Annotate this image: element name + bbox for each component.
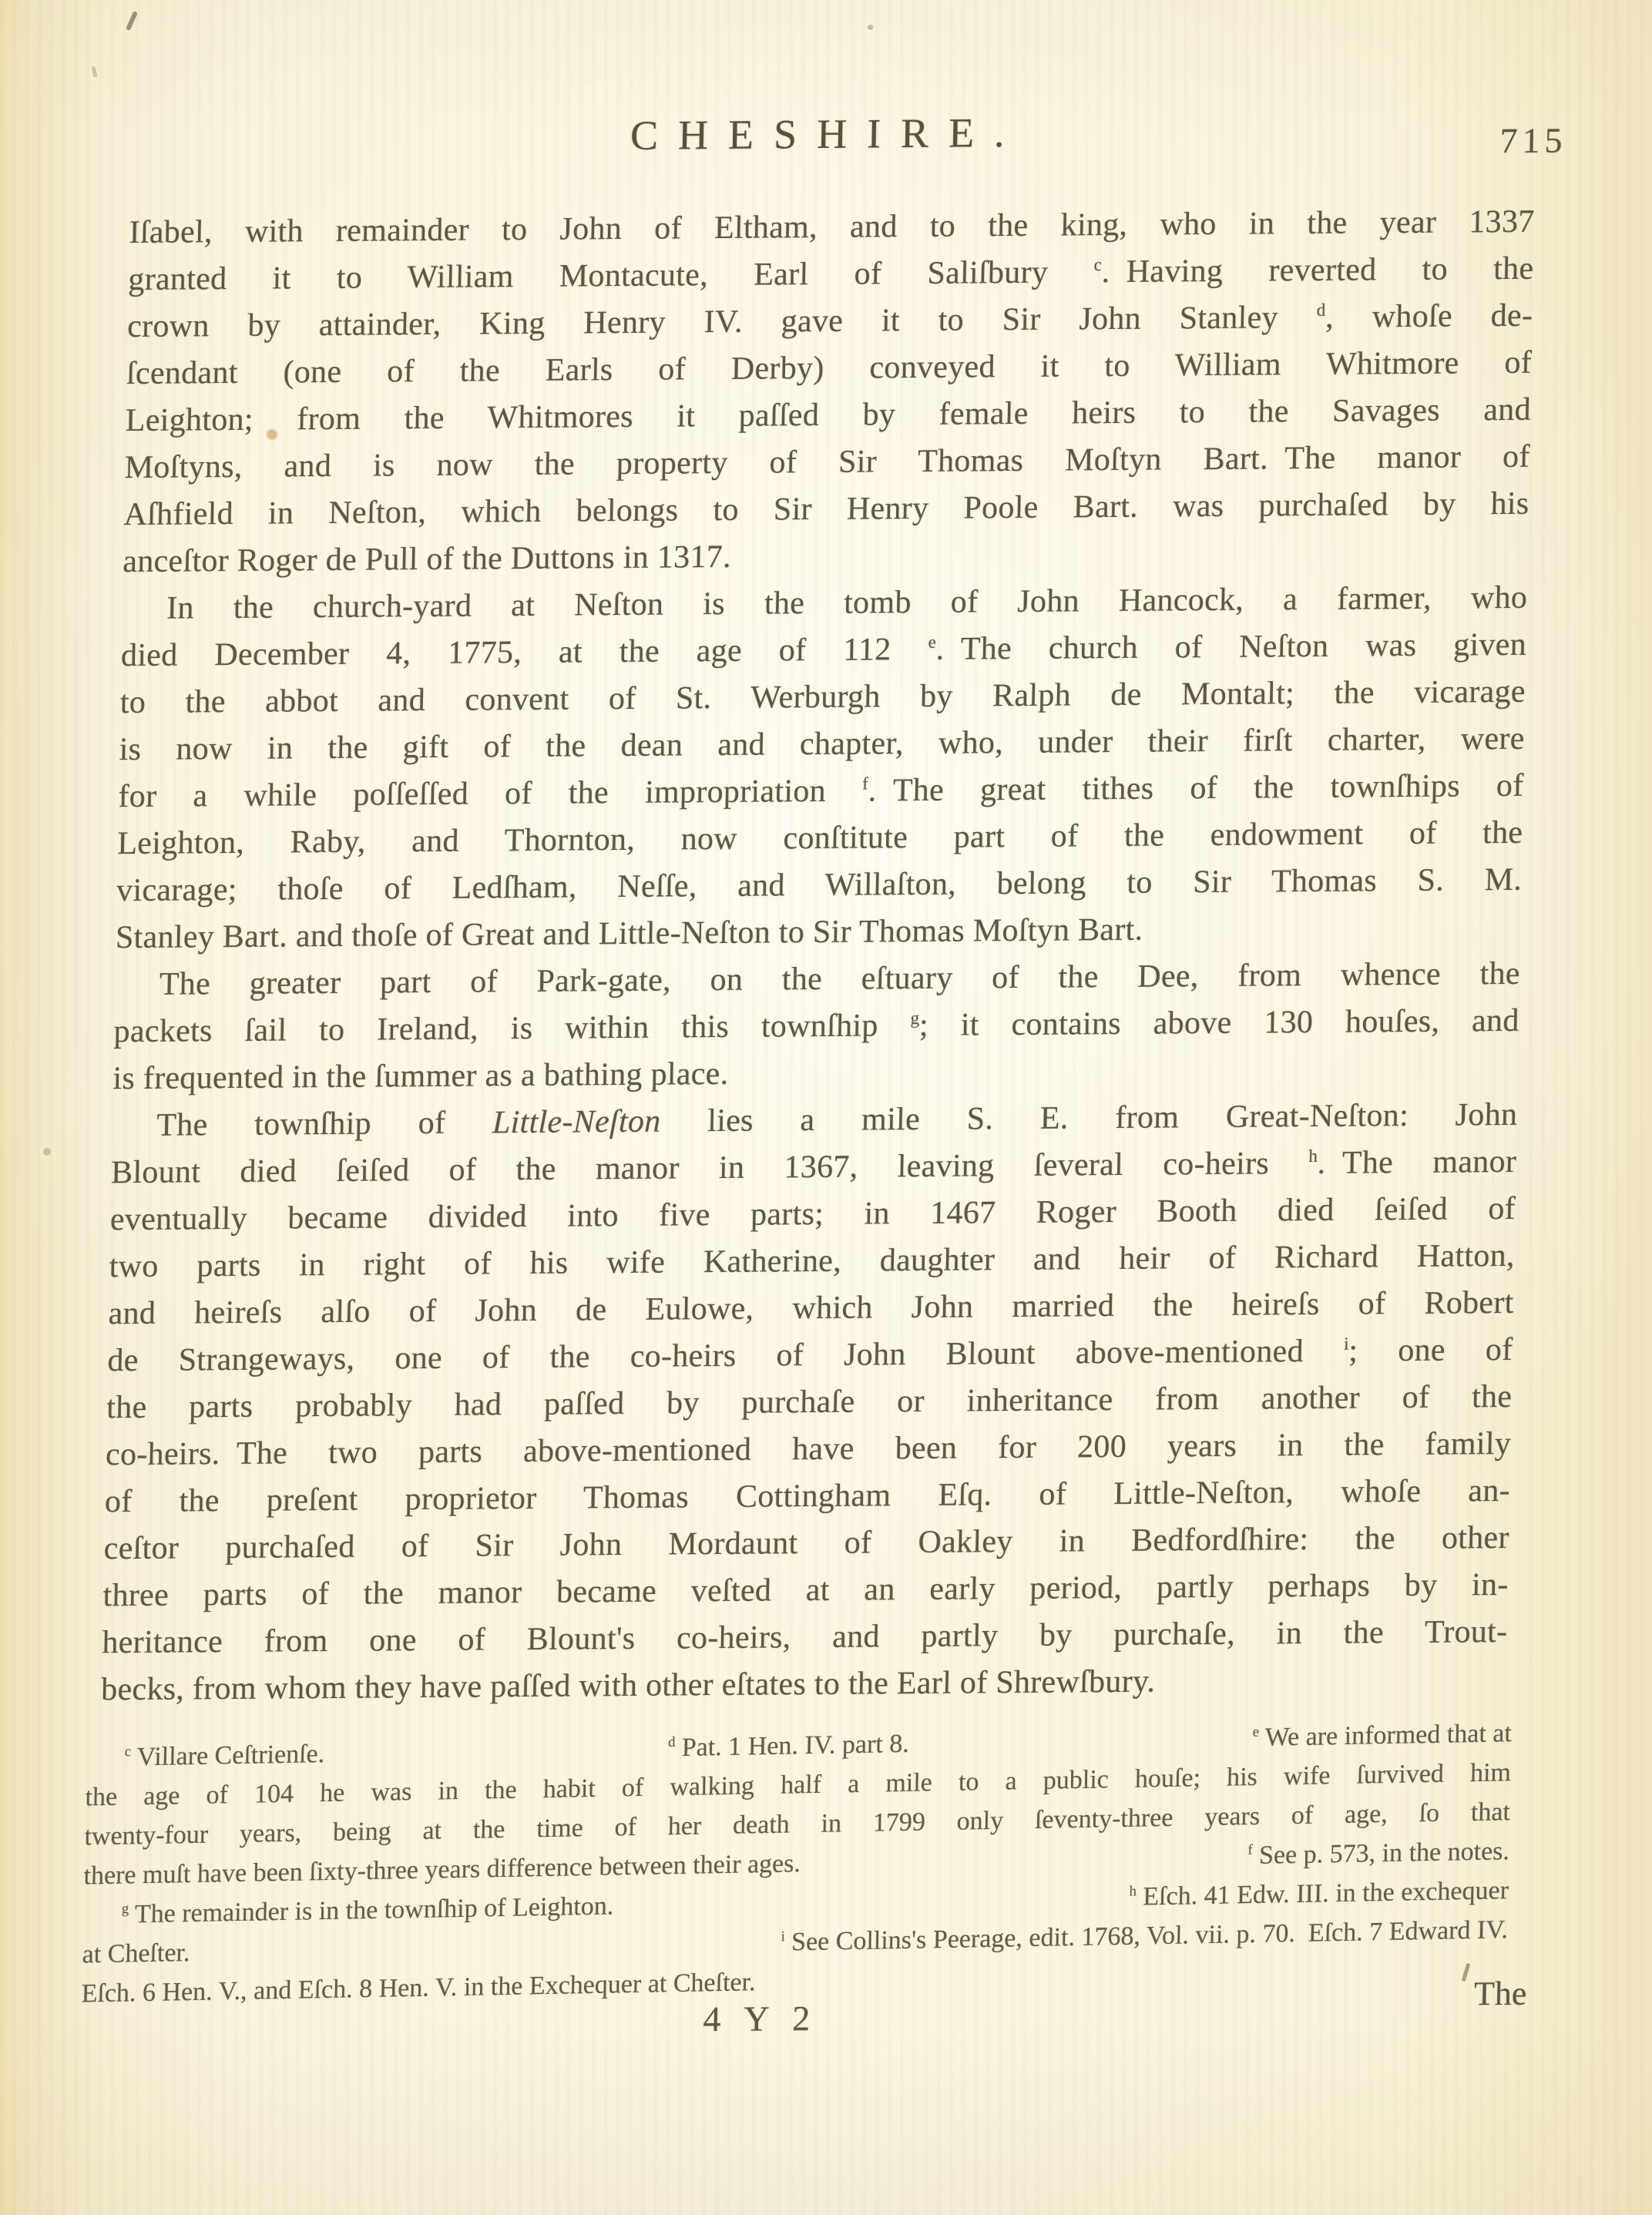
footnotes: c Villare Ceſtrienſe.d Pat. 1 Hen. IV. p…	[81, 1713, 1512, 2013]
text-segment: is now in the gift of the dean and chapt…	[119, 721, 1525, 767]
text-segment: two parts in right of his wife Katherine…	[109, 1238, 1515, 1284]
text-segment: , whoſe de-	[1325, 298, 1533, 335]
text-line: becks, from whom they have paſſed with o…	[101, 1656, 1507, 1713]
text-segment: . The church of Neſton was given	[935, 627, 1526, 667]
text-segment: Villare Ceſtrienſe.	[131, 1740, 325, 1771]
footnote-marker: h	[1308, 1146, 1318, 1166]
text-segment: to the abbot and convent of St. Werburgh…	[119, 674, 1526, 720]
text-segment: Iſabel, with remainder to John of Eltham…	[129, 204, 1535, 250]
footnote-chunk: at Cheſter.	[82, 1933, 190, 1974]
text-segment: is frequented in the ſummer as a bathing…	[112, 1056, 729, 1096]
footnote-chunk: c Villare Ceſtrienſe.	[124, 1734, 325, 1777]
footnote-chunk: d Pat. 1 Hen. IV. part 8.	[667, 1724, 909, 1767]
text-segment: We are informed that at	[1258, 1719, 1512, 1752]
italic-text: Little-Neſton	[492, 1104, 661, 1141]
footnote-marker: d	[1317, 300, 1326, 320]
text-segment: eventually became divided into five part…	[110, 1191, 1516, 1237]
book-page-scan: CHESHIRE. 715 Iſabel, with remainder to …	[0, 0, 1652, 2215]
text-segment: ceſtor purchaſed of Sir John Mordaunt of…	[103, 1520, 1509, 1566]
text-segment: de Strangeways, one of the co-heirs of J…	[107, 1334, 1344, 1379]
text-segment: See p. 573, in the notes.	[1252, 1837, 1509, 1870]
scan-content: CHESHIRE. 715 Iſabel, with remainder to …	[0, 0, 1652, 2215]
text-segment: for a while poſſeſſed of the impropriati…	[118, 774, 862, 815]
text-segment: Leighton, Raby, and Thornton, now conſti…	[117, 815, 1523, 861]
text-segment: See Collins's Peerage, edit. 1768, Vol. …	[784, 1915, 1508, 1956]
text-segment: lies a mile S. E. from Great-Neſton: Joh…	[660, 1097, 1518, 1139]
text-segment: anceſtor Roger de Pull of the Duttons in…	[123, 539, 731, 579]
text-segment: becks, from whom they have paſſed with o…	[101, 1664, 1156, 1708]
text-segment: granted it to William Montacute, Earl of…	[128, 254, 1094, 297]
text-segment: ; it contains above 130 houſes, and	[919, 1003, 1519, 1043]
paragraph: Iſabel, with remainder to John of Eltham…	[123, 199, 1535, 586]
text-segment: In the church-yard at Neſton is the tomb…	[166, 580, 1528, 626]
text-segment: Blount died ſeiſed of the manor in 1367,…	[111, 1146, 1309, 1190]
paragraph: In the church-yard at Neſton is the tomb…	[115, 575, 1527, 962]
footnote-marker: e	[928, 632, 936, 652]
footnote-marker: h	[1129, 1883, 1137, 1899]
footnote-chunk: f See p. 573, in the notes.	[1247, 1831, 1510, 1875]
text-segment: heritance from one of Blount's co-heirs,…	[102, 1614, 1508, 1660]
text-segment: ; one of	[1348, 1332, 1513, 1369]
text-segment: . The great tithes of the townſhips of	[868, 768, 1524, 809]
text-segment: . Having reverted to the	[1101, 251, 1534, 290]
text-segment: of the preſent proprietor Thomas Cotting…	[105, 1473, 1511, 1519]
text-segment: Aſhfield in Neſton, which belongs to Sir…	[123, 486, 1529, 532]
text-segment: The remainder is in the townſhip of Leig…	[129, 1891, 614, 1928]
text-segment: Pat. 1 Hen. IV. part 8.	[675, 1730, 909, 1762]
text-segment: died December 4, 1775, at the age of 112	[121, 632, 928, 673]
footnote-chunk: h Eſch. 41 Edw. III. in the exchequer	[1129, 1871, 1509, 1917]
running-head-title: CHESHIRE.	[1, 103, 1652, 164]
paragraph: The greater part of Park-gate, on the eſ…	[112, 951, 1521, 1102]
text-segment: The townſhip of	[156, 1105, 493, 1143]
page-number: 715	[1499, 119, 1567, 161]
text-segment: three parts of the manor became veſted a…	[102, 1567, 1509, 1613]
text-segment: there muſt have been ſixty-three years d…	[83, 1849, 801, 1890]
text-segment: crown by attainder, King Henry IV. gave …	[127, 300, 1317, 344]
text-segment: at Cheſter.	[82, 1938, 190, 1968]
catchword: The	[1474, 1974, 1527, 2014]
text-segment: Moſtyns, and is now the property of Sir …	[124, 439, 1530, 485]
text-segment: vicarage; thoſe of Ledſham, Neſſe, and W…	[116, 862, 1523, 908]
body-text: Iſabel, with remainder to John of Eltham…	[101, 199, 1535, 1714]
text-segment: packets ſail to Ireland, is within this …	[113, 1008, 911, 1049]
text-segment: Stanley Bart. and thoſe of Great and Lit…	[116, 912, 1143, 955]
text-segment: the parts probably had paſſed by purchaſ…	[106, 1379, 1513, 1425]
paragraph: The townſhip of Little-Neſton lies a mil…	[101, 1092, 1518, 1713]
text-segment: ſcendant (one of the Earls of Derby) con…	[126, 345, 1533, 391]
text-segment: Leighton; from the Whitmores it paſſed b…	[125, 392, 1531, 438]
footnote-chunk: e We are informed that at	[1252, 1713, 1512, 1757]
text-segment: . The manor	[1317, 1144, 1516, 1181]
text-segment: Eſch. 41 Edw. III. in the exchequer	[1136, 1876, 1509, 1911]
text-segment: and heireſs alſo of John de Eulowe, whic…	[108, 1285, 1514, 1331]
text-segment: The greater part of Park-gate, on the eſ…	[159, 956, 1520, 1002]
text-segment: co-heirs. The two parts above-mentioned …	[106, 1426, 1512, 1472]
footnote-marker: d	[668, 1734, 676, 1750]
